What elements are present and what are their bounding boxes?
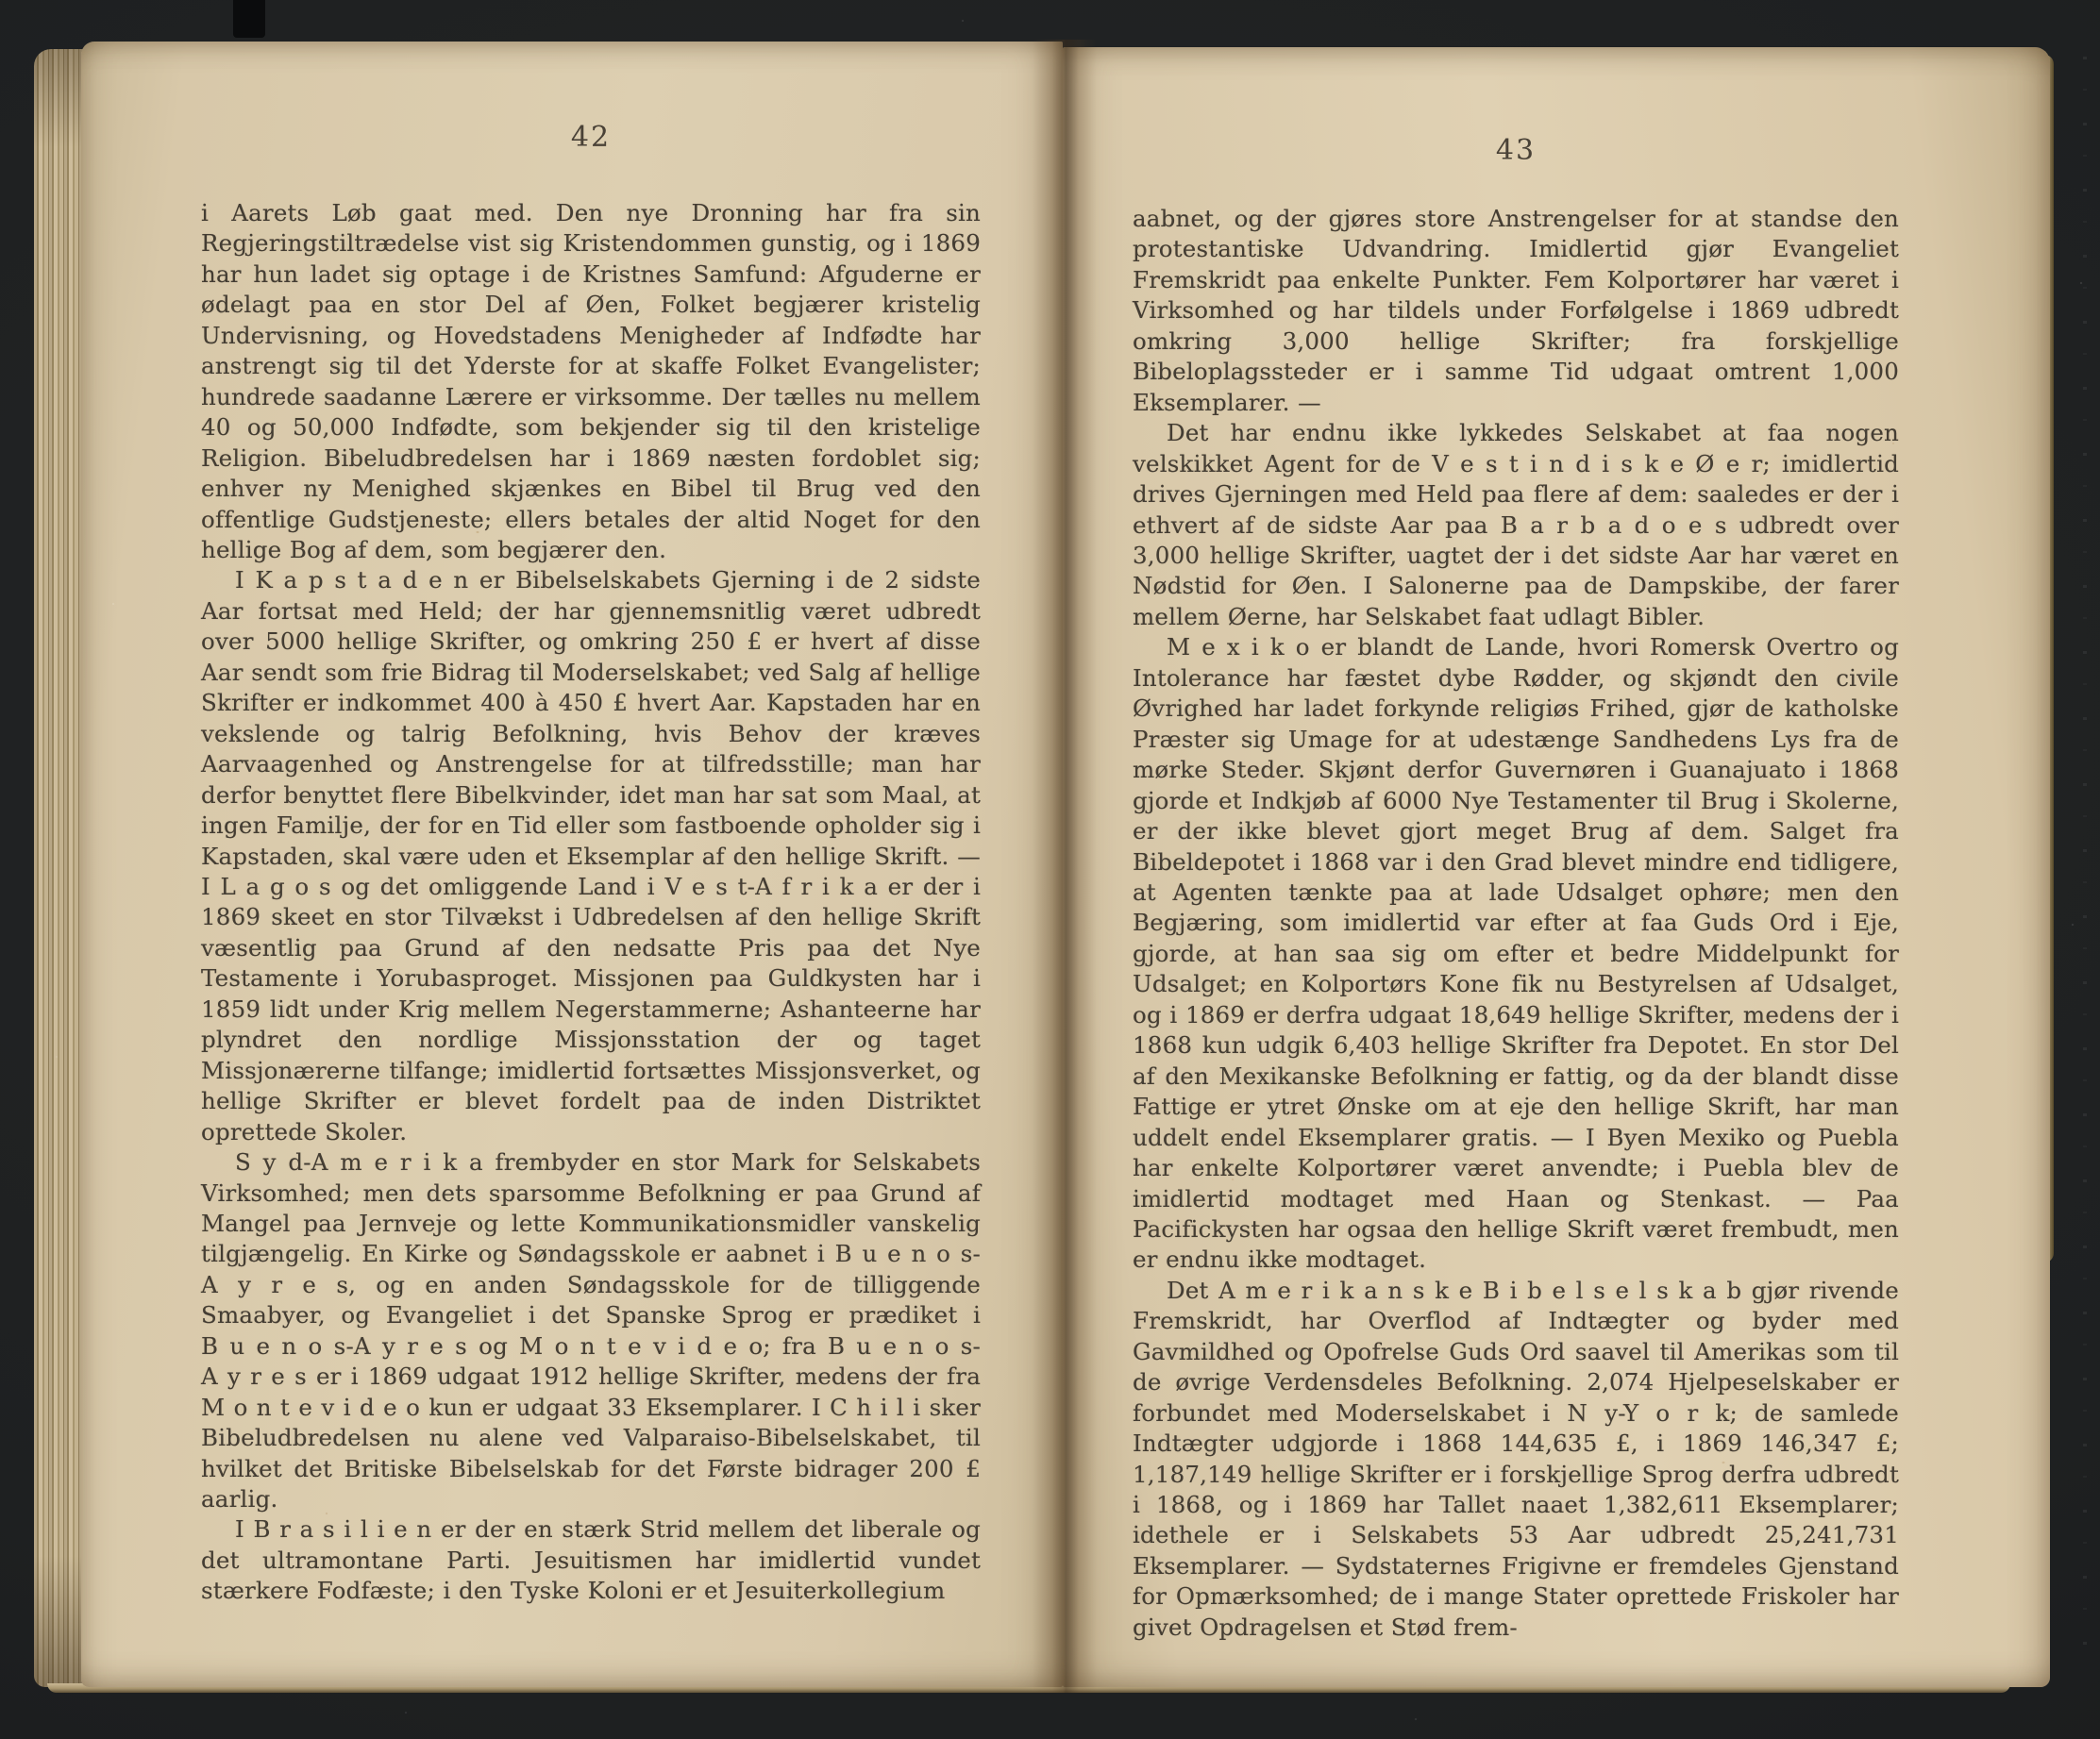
paragraph: I B r a s i l i e n er der en stærk Stri… [201,1514,981,1606]
open-book: 42 i Aarets Løb gaat med. Den nye Dronni… [34,40,2054,1693]
page-43: 43 aabnet, og der gjøres store Anstrenge… [1063,47,2050,1687]
page-number-right: 43 [1133,134,1899,167]
page-43-text: aabnet, og der gjøres store Anstrengelse… [1133,204,1899,1643]
paragraph: aabnet, og der gjøres store Anstrengelse… [1133,204,1899,418]
paragraph: Det A m e r i k a n s k e B i b e l s e … [1133,1276,1899,1643]
photo-background: 42 i Aarets Løb gaat med. Den nye Dronni… [0,0,2100,1739]
page-42-text: i Aarets Løb gaat med. Den nye Dronning … [201,198,981,1607]
book-clamp [233,0,265,38]
page-42: 42 i Aarets Løb gaat med. Den nye Dronni… [81,42,1063,1687]
paragraph: S y d-A m e r i k a frembyder en stor Ma… [201,1147,981,1514]
page-number-left: 42 [201,121,981,154]
paragraph: I K a p s t a d e n er Bibelselskabets G… [201,565,981,1147]
paragraph: M e x i k o er blandt de Lande, hvori Ro… [1133,632,1899,1276]
scanner-cradle-texture [2083,57,2087,1661]
paragraph: i Aarets Løb gaat med. Den nye Dronning … [201,198,981,565]
paragraph: Det har endnu ikke lykkedes Selskabet at… [1133,418,1899,632]
